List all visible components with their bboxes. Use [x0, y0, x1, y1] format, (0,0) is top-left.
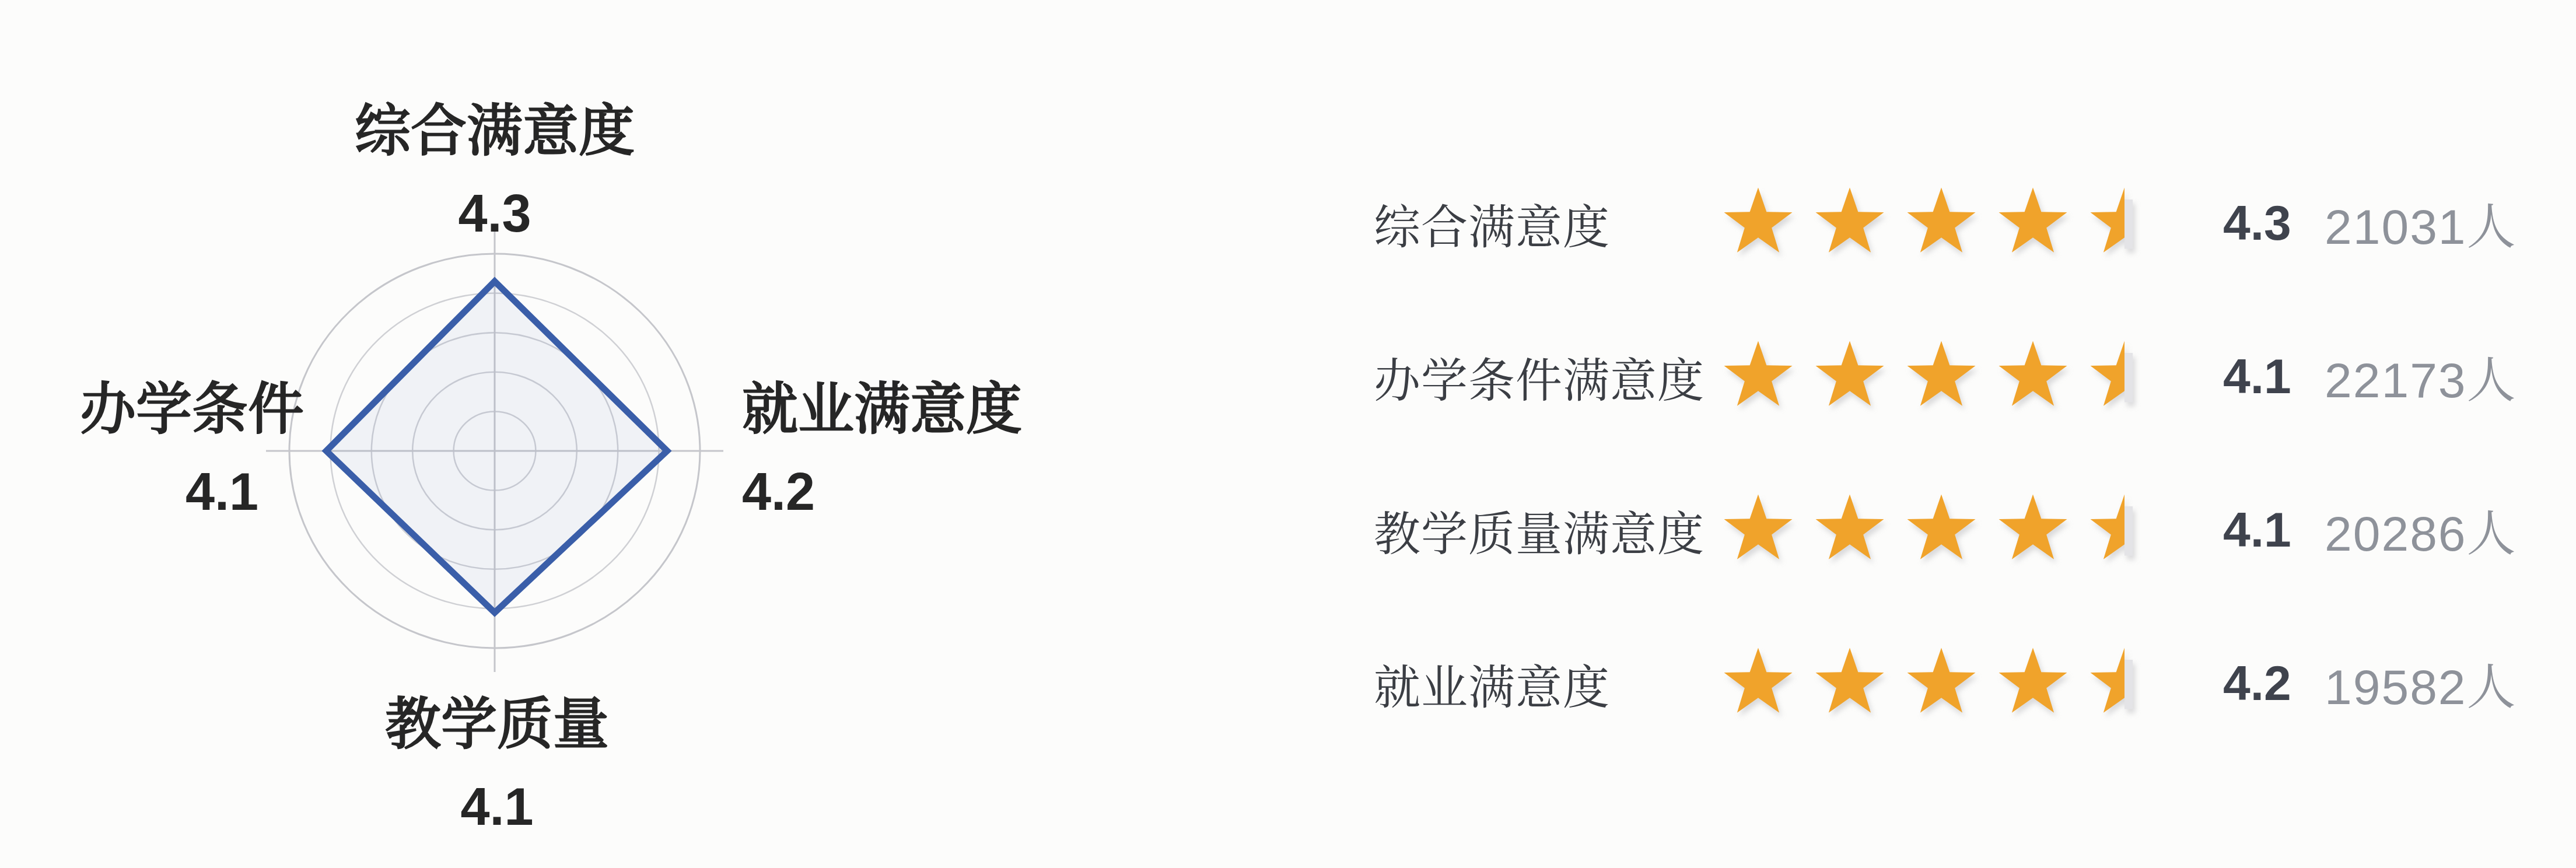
radar-label-text: 就业满意度 [742, 380, 1022, 439]
half-star-icon [2087, 333, 2179, 421]
star-icon [1904, 640, 1996, 727]
star-rating [1721, 640, 2179, 727]
star-icon [1996, 640, 2087, 727]
rating-row: 办学条件满意度 [1374, 300, 2535, 453]
radar-label-value: 4.3 [355, 188, 635, 240]
star-icon [1904, 180, 1996, 267]
rating-row: 就业满意度 [1374, 607, 2535, 760]
star-icon [1812, 487, 1904, 574]
rating-row-label: 综合满意度 [1374, 190, 1721, 257]
rating-row-label: 就业满意度 [1374, 650, 1721, 717]
star-icon [1721, 180, 1812, 267]
star-icon [1996, 333, 2087, 421]
rating-score: 4.1 [2179, 502, 2325, 558]
rating-count: 20286人 [2325, 495, 2517, 565]
radar-chart: 综合满意度 4.3 就业满意度 4.2 教学质量 4.1 办学条件 4.1 [0, 0, 1050, 868]
rating-row-label: 教学质量满意度 [1374, 496, 1721, 563]
rating-count: 21031人 [2325, 188, 2517, 258]
rating-row: 教学质量满意度 [1374, 453, 2535, 607]
rating-count: 22173人 [2325, 341, 2517, 412]
radar-label-teaching: 教学质量 4.1 [385, 695, 609, 834]
star-rating [1721, 333, 2179, 421]
radar-label-employment: 就业满意度 4.2 [742, 380, 1022, 519]
star-icon [1904, 487, 1996, 574]
star-icon [1996, 487, 2087, 574]
star-icon [1904, 333, 1996, 421]
star-rating [1721, 487, 2179, 574]
star-icon [1721, 487, 1812, 574]
rating-row: 综合满意度 [1374, 146, 2535, 300]
radar-label-text: 综合满意度 [355, 102, 635, 161]
rating-list: 综合满意度 [1374, 146, 2535, 760]
satisfaction-panel: 综合满意度 4.3 就业满意度 4.2 教学质量 4.1 办学条件 4.1 综合… [0, 0, 2576, 868]
half-star-icon [2087, 180, 2179, 267]
radar-label-text: 办学条件 [80, 380, 258, 439]
star-rating [1721, 180, 2179, 267]
radar-label-overall: 综合满意度 4.3 [355, 102, 635, 240]
rating-row-label: 办学条件满意度 [1374, 343, 1721, 410]
star-icon [1812, 180, 1904, 267]
radar-data-polygon [326, 281, 667, 612]
radar-label-value: 4.1 [80, 466, 258, 519]
radar-label-conditions: 办学条件 4.1 [80, 380, 258, 519]
star-icon [1996, 180, 2087, 267]
star-icon [1812, 640, 1904, 727]
rating-score: 4.3 [2179, 195, 2325, 251]
radar-label-text: 教学质量 [385, 695, 609, 754]
radar-label-value: 4.1 [385, 781, 609, 834]
rating-score: 4.1 [2179, 348, 2325, 405]
star-icon [1721, 640, 1812, 727]
half-star-icon [2087, 640, 2179, 727]
radar-label-value: 4.2 [742, 466, 1022, 519]
rating-score: 4.2 [2179, 655, 2325, 712]
half-star-icon [2087, 487, 2179, 574]
star-icon [1812, 333, 1904, 421]
rating-count: 19582人 [2325, 648, 2517, 719]
star-icon [1721, 333, 1812, 421]
